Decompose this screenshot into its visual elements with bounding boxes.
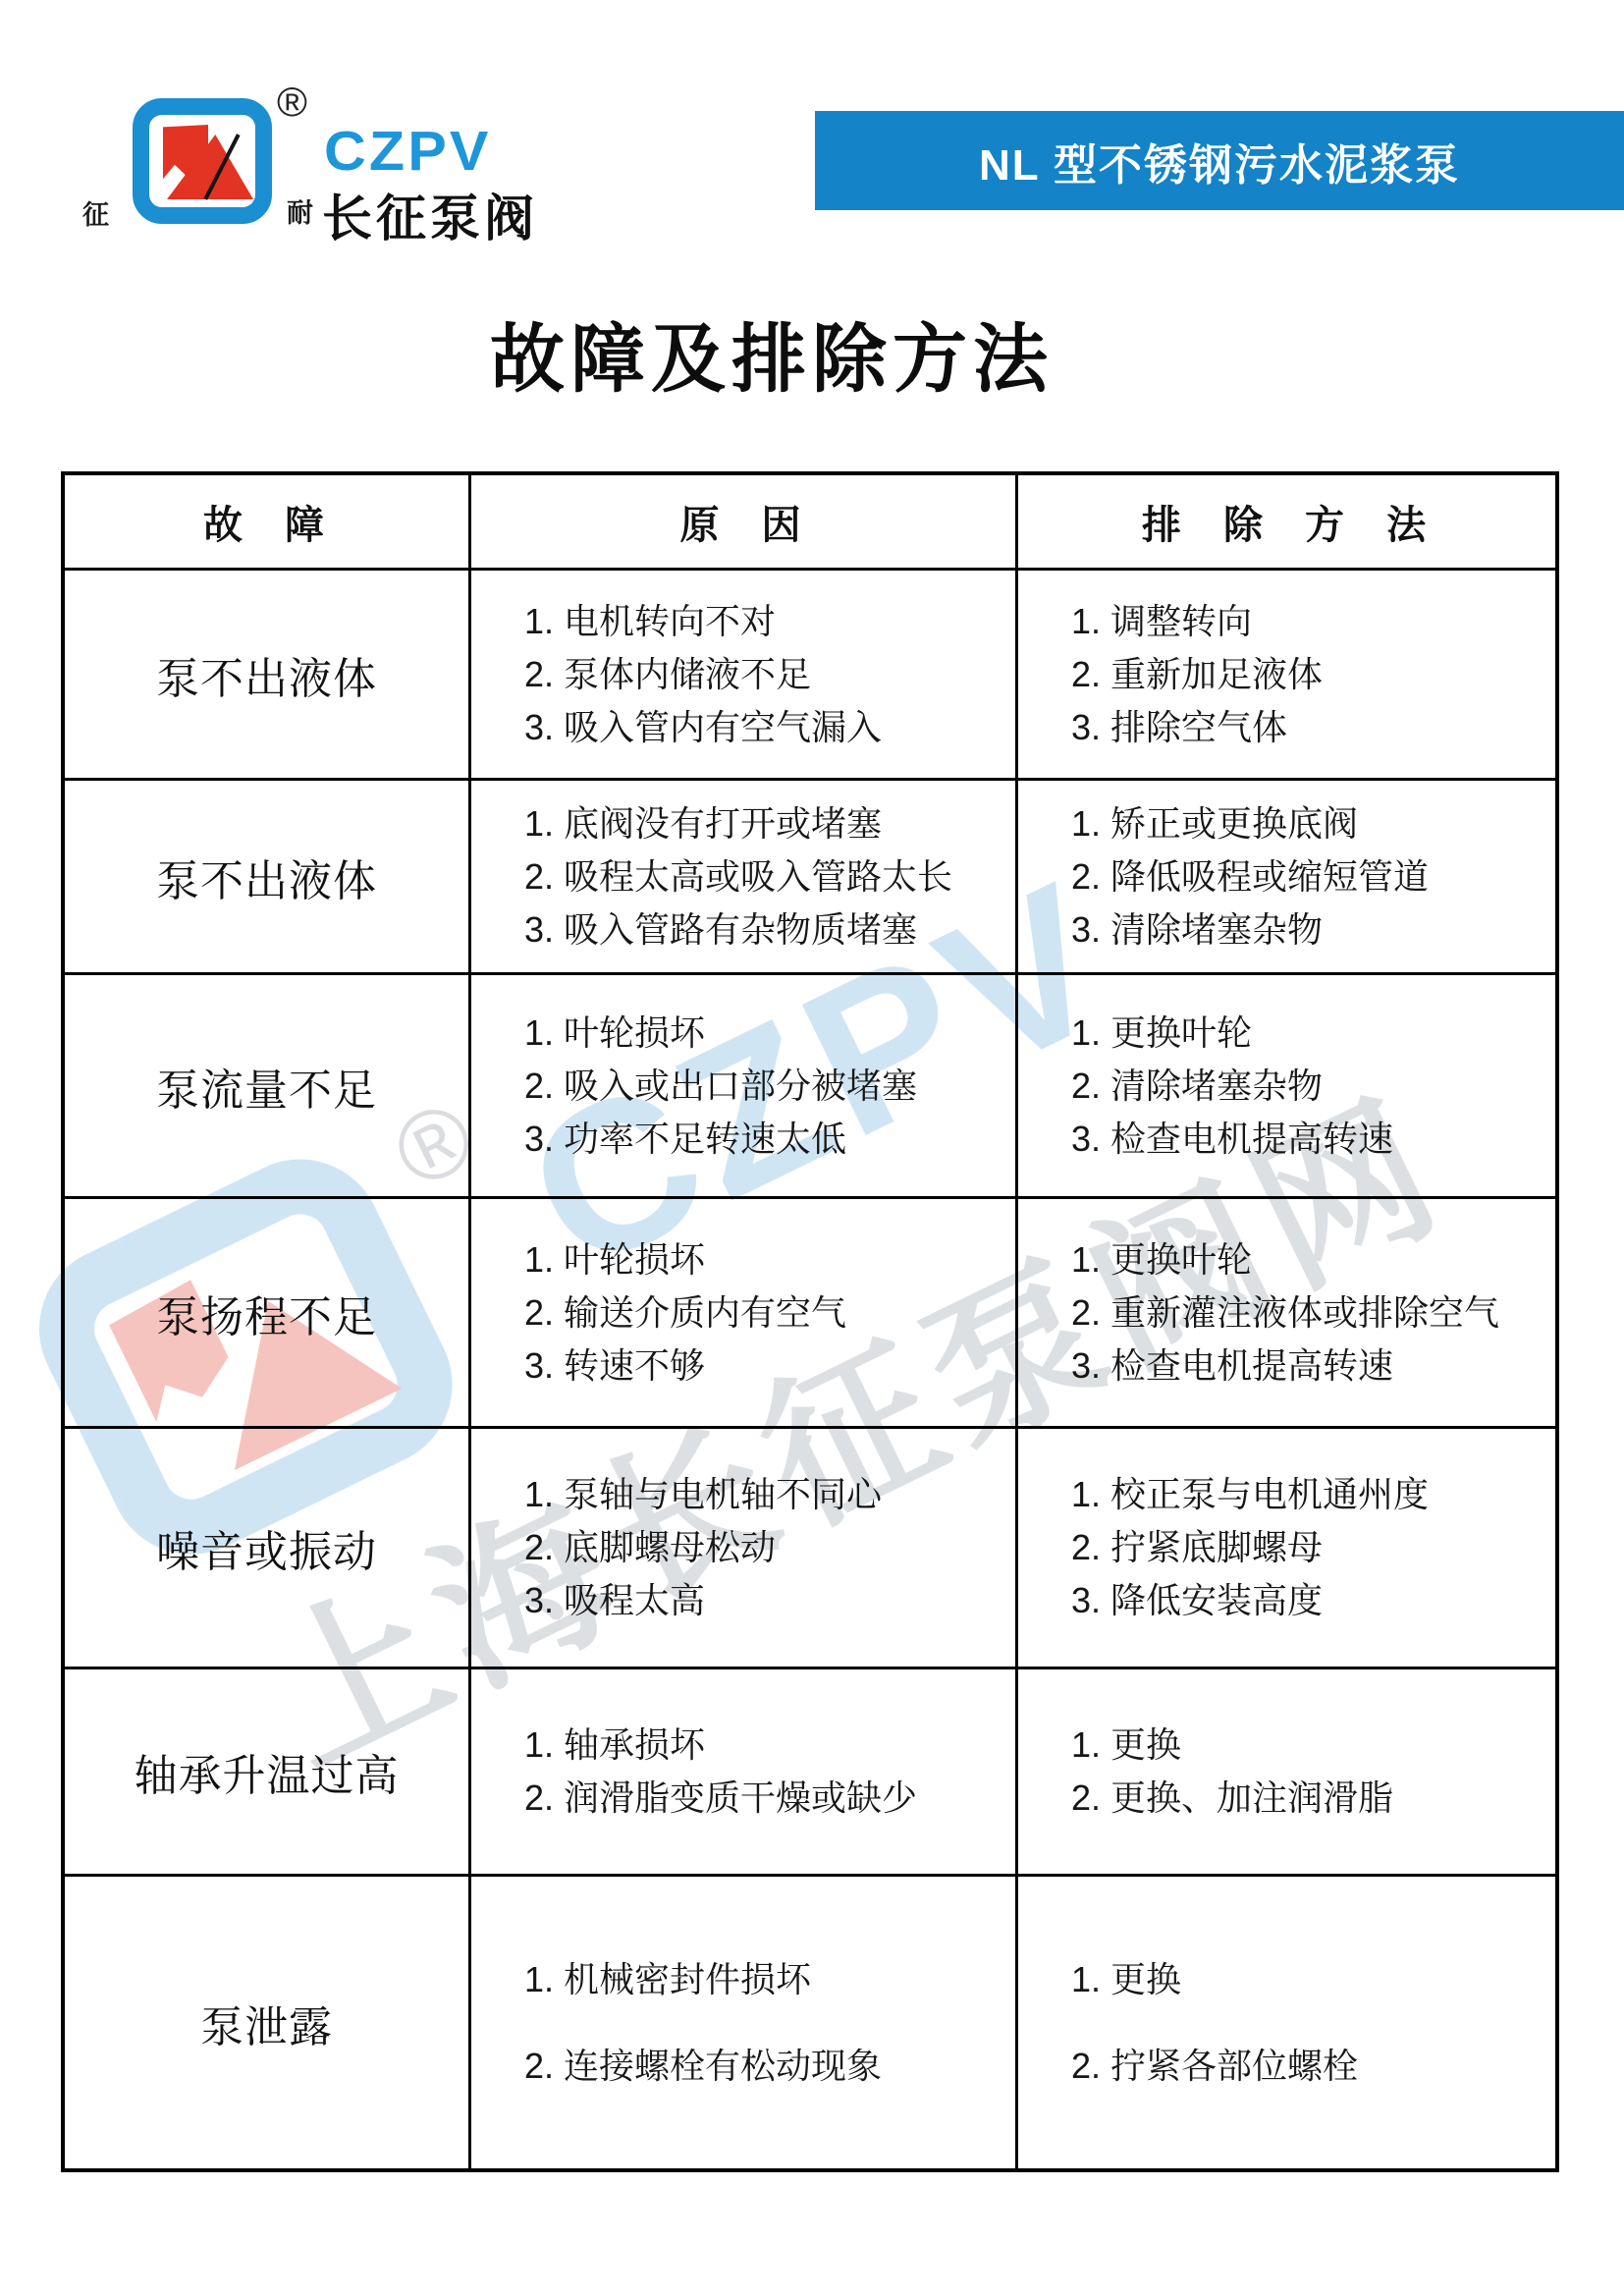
- fault-cell: 泵流量不足: [65, 975, 468, 1196]
- column-header-remedy: 排 除 方 法: [1015, 475, 1555, 568]
- cause-cell: 1. 底阀没有打开或堵塞 2. 吸程太高或吸入管路太长 3. 吸入管路有杂物质堵…: [468, 781, 1015, 972]
- registered-trademark-icon: ®: [277, 79, 307, 126]
- remedy-item: 3. 检查电机提高转速: [1071, 1339, 1555, 1393]
- remedy-cell: 1. 矫正或更换底阀 2. 降低吸程或缩短管道 3. 清除堵塞杂物: [1015, 781, 1555, 972]
- product-banner-label: NL 型不锈钢污水泥浆泵: [979, 130, 1460, 192]
- remedy-item: 2. 降低吸程或缩短管道: [1071, 850, 1555, 903]
- remedy-item: 2. 重新灌注液体或排除空气: [1071, 1286, 1555, 1339]
- cause-item: 1. 轴承损坏: [524, 1719, 1015, 1772]
- cause-item: 1. 机械密封件损坏: [524, 1953, 1015, 2006]
- table-row: 泵不出液体 1. 电机转向不对 2. 泵体内储液不足 3. 吸入管内有空气漏入 …: [65, 568, 1555, 778]
- fault-cell: 泵扬程不足: [65, 1199, 468, 1426]
- fault-cell: 泵泄露: [65, 1877, 468, 2168]
- cause-cell: 1. 叶轮损坏 2. 吸入或出口部分被堵塞 3. 功率不足转速太低: [468, 975, 1015, 1196]
- fault-table: 故 障 原 因 排 除 方 法 泵不出液体 1. 电机转向不对 2. 泵体内储液…: [61, 471, 1559, 2172]
- table-row: 泵扬程不足 1. 叶轮损坏 2. 输送介质内有空气 3. 转速不够 1. 更换叶…: [65, 1196, 1555, 1426]
- brand-seal-left: 征: [82, 193, 109, 232]
- remedy-cell: 1. 更换叶轮 2. 清除堵塞杂物 3. 检查电机提高转速: [1015, 975, 1555, 1196]
- remedy-item: 3. 排除空气体: [1071, 701, 1555, 754]
- fault-cell: 噪音或振动: [65, 1429, 468, 1667]
- cause-cell: 1. 泵轴与电机轴不同心 2. 底脚螺母松动 3. 吸程太高: [468, 1429, 1015, 1667]
- table-header-row: 故 障 原 因 排 除 方 法: [65, 475, 1555, 568]
- remedy-item: 1. 矫正或更换底阀: [1071, 797, 1555, 850]
- table-row: 泵泄露 1. 机械密封件损坏 2. 连接螺栓有松动现象 1. 更换 2. 拧紧各…: [65, 1874, 1555, 2168]
- remedy-item: 2. 拧紧各部位螺栓: [1071, 2040, 1555, 2093]
- remedy-item: 2. 更换、加注润滑脂: [1071, 1772, 1555, 1825]
- brand-name-cn: 长征泵阀: [322, 178, 538, 250]
- cause-cell: 1. 轴承损坏 2. 润滑脂变质干燥或缺少: [468, 1669, 1015, 1874]
- brand-name-en: CZPV: [324, 119, 492, 184]
- table-row: 轴承升温过高 1. 轴承损坏 2. 润滑脂变质干燥或缺少 1. 更换 2. 更换…: [65, 1667, 1555, 1874]
- cause-item: 1. 电机转向不对: [524, 595, 1015, 648]
- remedy-cell: 1. 校正泵与电机通州度 2. 拧紧底脚螺母 3. 降低安装高度: [1015, 1429, 1555, 1667]
- cause-item: 2. 连接螺栓有松动现象: [524, 2040, 1015, 2093]
- remedy-cell: 1. 更换叶轮 2. 重新灌注液体或排除空气 3. 检查电机提高转速: [1015, 1199, 1555, 1426]
- remedy-item: 1. 更换: [1071, 1719, 1555, 1772]
- cause-item: 3. 吸程太高: [524, 1574, 1015, 1627]
- cause-item: 2. 吸入或出口部分被堵塞: [524, 1060, 1015, 1113]
- cause-item: 3. 吸入管路有杂物质堵塞: [524, 903, 1015, 957]
- cause-item: 1. 叶轮损坏: [524, 1007, 1015, 1060]
- remedy-item: 3. 降低安装高度: [1071, 1574, 1555, 1627]
- fault-cell: 轴承升温过高: [65, 1669, 468, 1874]
- remedy-item: 2. 拧紧底脚螺母: [1071, 1521, 1555, 1574]
- cause-item: 2. 泵体内储液不足: [524, 648, 1015, 701]
- table-row: 噪音或振动 1. 泵轴与电机轴不同心 2. 底脚螺母松动 3. 吸程太高 1. …: [65, 1426, 1555, 1667]
- remedy-item: 1. 更换叶轮: [1071, 1007, 1555, 1060]
- brand-logo-icon: [133, 98, 272, 224]
- column-header-fault: 故 障: [65, 475, 468, 568]
- brand-seal-right: 耐: [287, 191, 313, 230]
- cause-cell: 1. 叶轮损坏 2. 输送介质内有空气 3. 转速不够: [468, 1199, 1015, 1426]
- remedy-item: 1. 校正泵与电机通州度: [1071, 1468, 1555, 1521]
- cause-cell: 1. 机械密封件损坏 2. 连接螺栓有松动现象: [468, 1877, 1015, 2168]
- fault-cell: 泵不出液体: [65, 781, 468, 972]
- cause-item: 2. 吸程太高或吸入管路太长: [524, 850, 1015, 903]
- cause-item: 3. 转速不够: [524, 1339, 1015, 1393]
- cause-item: 3. 吸入管内有空气漏入: [524, 701, 1015, 754]
- remedy-cell: 1. 更换 2. 更换、加注润滑脂: [1015, 1669, 1555, 1874]
- remedy-item: 1. 更换叶轮: [1071, 1233, 1555, 1286]
- remedy-cell: 1. 更换 2. 拧紧各部位螺栓: [1015, 1877, 1555, 2168]
- cause-item: 3. 功率不足转速太低: [524, 1113, 1015, 1166]
- page-title: 故障及排除方法: [0, 300, 1543, 407]
- cause-item: 2. 底脚螺母松动: [524, 1521, 1015, 1574]
- remedy-item: 3. 检查电机提高转速: [1071, 1113, 1555, 1166]
- table-row: 泵不出液体 1. 底阀没有打开或堵塞 2. 吸程太高或吸入管路太长 3. 吸入管…: [65, 778, 1555, 972]
- table-row: 泵流量不足 1. 叶轮损坏 2. 吸入或出口部分被堵塞 3. 功率不足转速太低 …: [65, 972, 1555, 1196]
- remedy-item: 2. 重新加足液体: [1071, 648, 1555, 701]
- remedy-item: 1. 更换: [1071, 1953, 1555, 2006]
- cause-item: 2. 润滑脂变质干燥或缺少: [524, 1772, 1015, 1825]
- remedy-item: 1. 调整转向: [1071, 595, 1555, 648]
- remedy-item: 2. 清除堵塞杂物: [1071, 1060, 1555, 1113]
- product-banner: NL 型不锈钢污水泥浆泵: [815, 111, 1624, 210]
- cause-item: 1. 泵轴与电机轴不同心: [524, 1468, 1015, 1521]
- cause-cell: 1. 电机转向不对 2. 泵体内储液不足 3. 吸入管内有空气漏入: [468, 571, 1015, 778]
- cause-item: 2. 输送介质内有空气: [524, 1286, 1015, 1339]
- brand-header: 征 耐 ® CZPV 长征泵阀: [59, 54, 609, 250]
- remedy-item: 3. 清除堵塞杂物: [1071, 903, 1555, 957]
- fault-cell: 泵不出液体: [65, 571, 468, 778]
- cause-item: 1. 叶轮损坏: [524, 1233, 1015, 1286]
- cause-item: 1. 底阀没有打开或堵塞: [524, 797, 1015, 850]
- remedy-cell: 1. 调整转向 2. 重新加足液体 3. 排除空气体: [1015, 571, 1555, 778]
- column-header-cause: 原 因: [468, 475, 1015, 568]
